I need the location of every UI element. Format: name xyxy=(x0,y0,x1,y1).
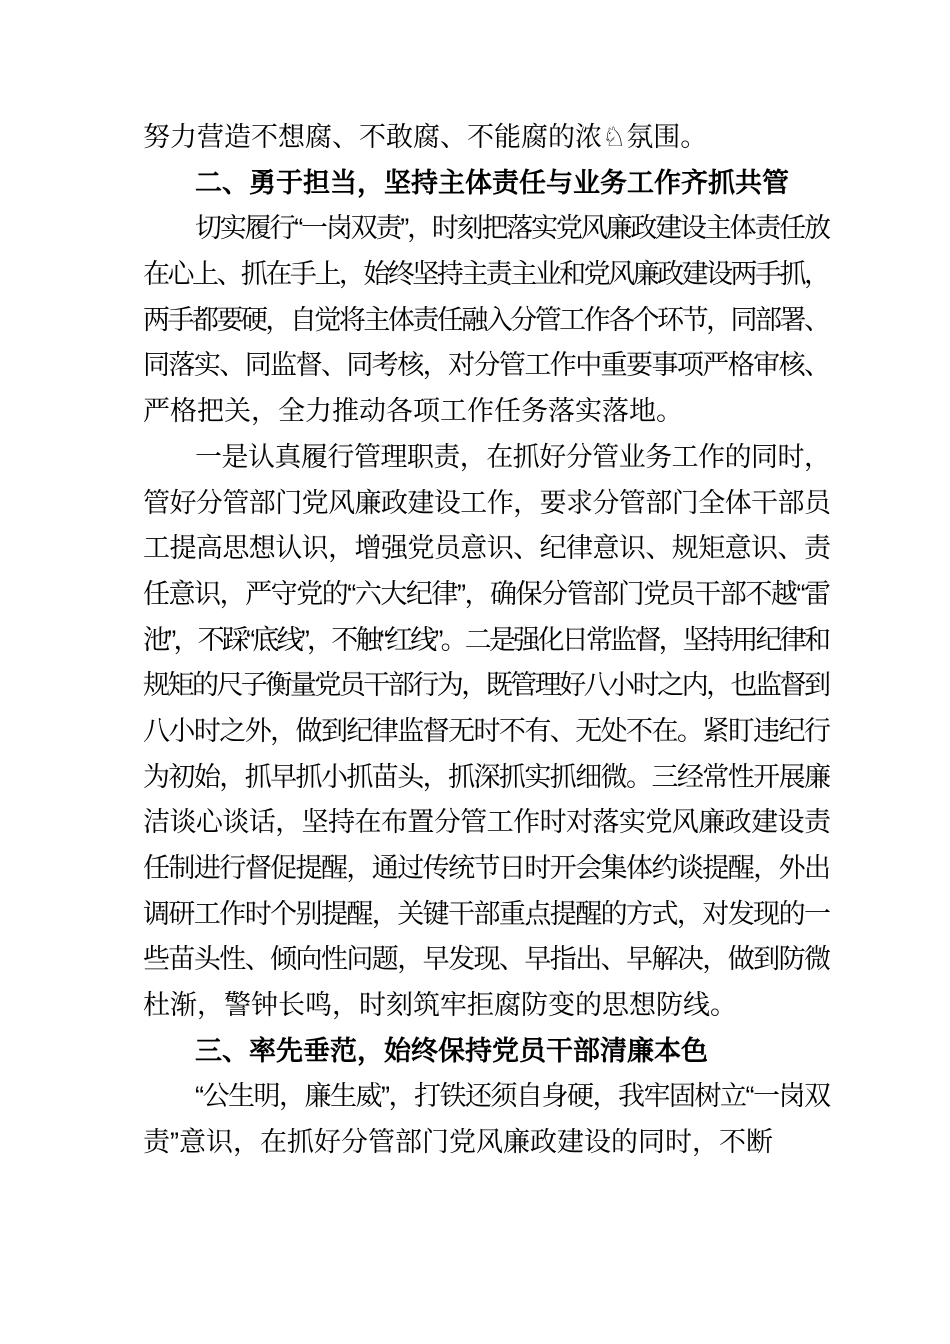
text-line-1: 努力营造不想腐、不敢腐、不能腐的浓♘氛围。 xyxy=(143,115,831,161)
section-heading-text: 二、勇于担当，坚持主体责任与业务工作齐抓共管 xyxy=(195,161,789,207)
text-line-text: 为初始，抓早抓小抓苗头，抓深抓实抓细微。三经常性开展廉 xyxy=(143,755,829,801)
section-heading-2: 二、勇于担当，坚持主体责任与业务工作齐抓共管 xyxy=(143,161,831,207)
text-line-text: “公生明，廉生威”，打铁还须自身硬，我牢固树立“一岗双 xyxy=(195,1074,830,1120)
text-line-9: 管好分管部门党风廉政建设工作，要求分管部门全体干部员 xyxy=(143,481,831,527)
text-line-text: 规矩的尺子衡量党员干部行为，既管理好八小时之内，也监督到 xyxy=(143,663,828,709)
text-line-3: 切实履行“一岗双责”，时刻把落实党风廉政建设主体责任放 xyxy=(143,206,831,252)
text-line-text: 切实履行“一岗双责”，时刻把落实党风廉政建设主体责任放 xyxy=(195,206,829,252)
section-heading-text: 三、率先垂范，始终保持党员干部清廉本色 xyxy=(195,1029,708,1075)
text-line-text: 在心上、抓在手上，始终坚持主责主业和党风廉政建设两手抓， xyxy=(143,252,828,298)
text-line-text: 些苗头性、倾向性问题，早发现、早指出、早解决，做到防微 xyxy=(143,937,829,983)
text-line-11: 任意识，严守党的“六大纪律”，确保分管部门党员干部不越“雷 xyxy=(143,572,831,618)
text-line-15: 为初始，抓早抓小抓苗头，抓深抓实抓细微。三经常性开展廉 xyxy=(143,755,831,801)
text-line-text: 工提高思想认识，增强党员意识、纪律意识、规矩意识、责 xyxy=(143,526,830,572)
text-line-7: 严格把关，全力推动各项工作任务落实落地。 xyxy=(143,389,831,435)
text-line-text: 池”，不踩“底线”，不触“红线”。二是强化日常监督，坚持用纪律和 xyxy=(143,618,828,664)
text-line-22: “公生明，廉生威”，打铁还须自身硬，我牢固树立“一岗双 xyxy=(143,1074,831,1120)
text-line-4: 在心上、抓在手上，始终坚持主责主业和党风廉政建设两手抓， xyxy=(143,252,831,298)
text-line-text: 调研工作时个别提醒，关键干部重点提醒的方式，对发现的一 xyxy=(143,892,829,938)
text-line-20: 杜渐，警钟长鸣，时刻筑牢拒腐防变的思想防线。 xyxy=(143,983,831,1029)
document-text-block: 努力营造不想腐、不敢腐、不能腐的浓♘氛围。 二、勇于担当，坚持主体责任与业务工作… xyxy=(143,115,831,1166)
text-line-16: 洁谈心谈话，坚持在布置分管工作时对落实党风廉政建设责 xyxy=(143,800,831,846)
text-line-text: 任制进行督促提醒，通过传统节日时开会集体约谈提醒，外出 xyxy=(143,846,829,892)
text-line-text: 责”意识，在抓好分管部门党风廉政建设的同时，不断 xyxy=(143,1120,773,1166)
document-page: 努力营造不想腐、不敢腐、不能腐的浓♘氛围。 二、勇于担当，坚持主体责任与业务工作… xyxy=(0,0,950,1344)
text-line-text: 严格把关，全力推动各项工作任务落实落地。 xyxy=(143,389,683,435)
text-line-text: 杜渐，警钟长鸣，时刻筑牢拒腐防变的思想防线。 xyxy=(143,983,737,1029)
text-line-8: 一是认真履行管理职责，在抓好分管业务工作的同时， xyxy=(143,435,831,481)
text-line-text: 努力营造不想腐、不敢腐、不能腐的浓♘氛围。 xyxy=(143,115,707,161)
text-line-17: 任制进行督促提醒，通过传统节日时开会集体约谈提醒，外出 xyxy=(143,846,831,892)
text-line-text: 两手都要硬，自觉将主体责任融入分管工作各个环节，同部署、 xyxy=(143,298,828,344)
text-line-12: 池”，不踩“底线”，不触“红线”。二是强化日常监督，坚持用纪律和 xyxy=(143,618,831,664)
text-line-10: 工提高思想认识，增强党员意识、纪律意识、规矩意识、责 xyxy=(143,526,831,572)
text-line-text: 洁谈心谈话，坚持在布置分管工作时对落实党风廉政建设责 xyxy=(143,800,830,846)
text-line-14: 八小时之外，做到纪律监督无时不有、无处不在。紧盯违纪行 xyxy=(143,709,831,755)
text-line-23: 责”意识，在抓好分管部门党风廉政建设的同时，不断 xyxy=(143,1120,831,1166)
text-line-6: 同落实、同监督、同考核，对分管工作中重要事项严格审核、 xyxy=(143,343,831,389)
section-heading-3: 三、率先垂范，始终保持党员干部清廉本色 xyxy=(143,1029,831,1075)
text-line-18: 调研工作时个别提醒，关键干部重点提醒的方式，对发现的一 xyxy=(143,892,831,938)
text-line-19: 些苗头性、倾向性问题，早发现、早指出、早解决，做到防微 xyxy=(143,937,831,983)
text-line-13: 规矩的尺子衡量党员干部行为，既管理好八小时之内，也监督到 xyxy=(143,663,831,709)
text-line-text: 一是认真履行管理职责，在抓好分管业务工作的同时， xyxy=(195,435,830,481)
text-line-text: 八小时之外，做到纪律监督无时不有、无处不在。紧盯违纪行 xyxy=(143,709,829,755)
text-line-5: 两手都要硬，自觉将主体责任融入分管工作各个环节，同部署、 xyxy=(143,298,831,344)
text-line-text: 管好分管部门党风廉政建设工作，要求分管部门全体干部员 xyxy=(143,481,830,527)
text-line-text: 同落实、同监督、同考核，对分管工作中重要事项严格审核、 xyxy=(143,343,829,389)
text-line-text: 任意识，严守党的“六大纪律”，确保分管部门党员干部不越“雷 xyxy=(143,572,830,618)
